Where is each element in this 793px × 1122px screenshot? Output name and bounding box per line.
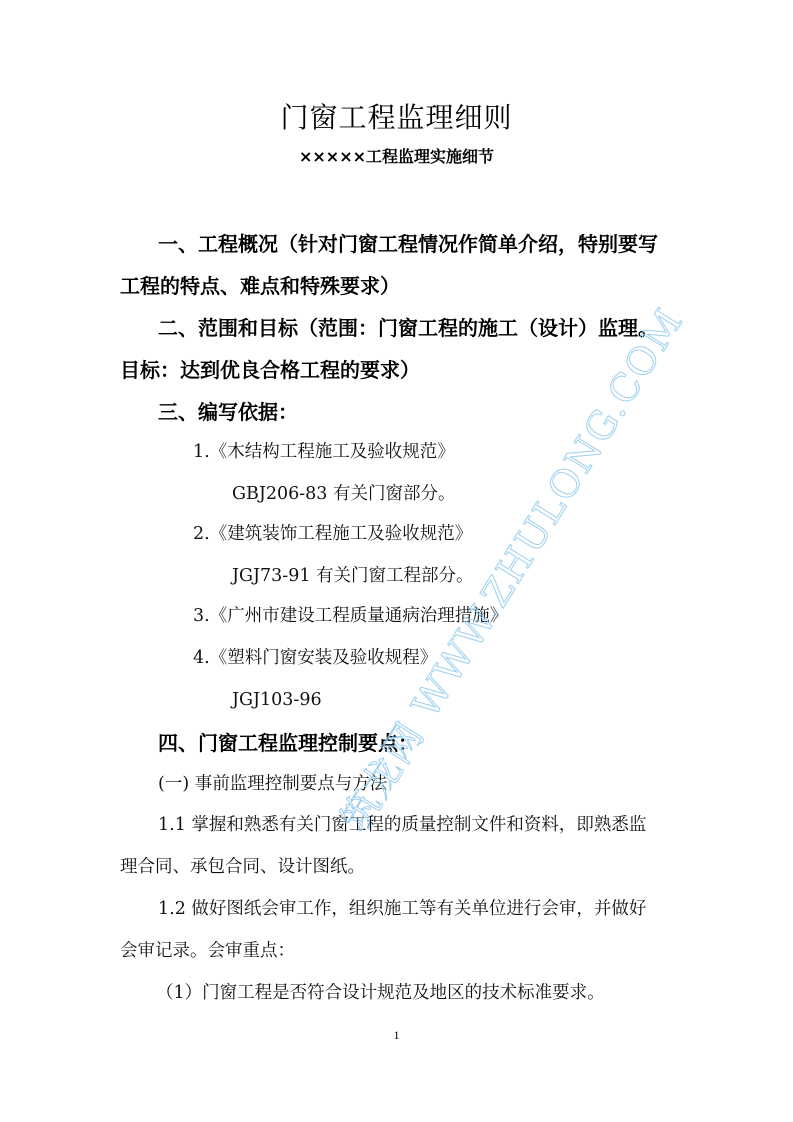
reference-3-title: 3.《广州市建设工程质量通病治理措施》 [193, 604, 507, 628]
document-title: 门窗工程监理细则 [0, 98, 793, 138]
section-4-heading: 四、门窗工程监理控制要点： [158, 729, 418, 757]
paragraph-1-1-cont: 理合同、承包合同、设计图纸。 [120, 855, 365, 879]
document-subtitle: ×××××工程监理实施细节 [0, 144, 793, 170]
reference-1-code: GBJ206-83 有关门窗部分。 [232, 482, 456, 506]
section-1-heading: 一、工程概况（针对门窗工程情况作简单介绍，特别要写 [158, 230, 658, 258]
section-2-heading-cont: 目标：达到优良合格工程的要求） [120, 356, 420, 384]
document-page: 门窗工程监理细则 ×××××工程监理实施细节 一、工程概况（针对门窗工程情况作简… [0, 0, 793, 1122]
page-number: 1 [0, 1028, 793, 1043]
paragraph-1-2-cont: 会审记录。会审重点： [120, 939, 295, 963]
section-1-heading-cont: 工程的特点、难点和特殊要求） [120, 272, 400, 300]
reference-2-title: 2.《建筑装饰工程施工及验收规范》 [193, 522, 472, 546]
paragraph-1-1: 1.1 掌握和熟悉有关门窗工程的质量控制文件和资料，即熟悉监 [158, 813, 646, 837]
paragraph-1-2: 1.2 做好图纸会审工作，组织施工等有关单位进行会审，并做好 [158, 897, 646, 921]
section-3-heading: 三、编写依据： [158, 398, 298, 426]
reference-4-code: JGJ103-96 [232, 688, 322, 712]
section-2-heading: 二、范围和目标（范围：门窗工程的施工（设计）监理。 [158, 314, 658, 342]
reference-2-code: JGJ73-91 有关门窗工程部分。 [232, 564, 474, 588]
list-item-1: （1）门窗工程是否符合设计规范及地区的技术标准要求。 [156, 981, 605, 1005]
reference-1-title: 1.《木结构工程施工及验收规范》 [193, 440, 455, 464]
reference-4-title: 4.《塑料门窗安装及验收规程》 [193, 646, 437, 670]
subsection-heading: (一) 事前监理控制要点与方法 [158, 772, 387, 796]
